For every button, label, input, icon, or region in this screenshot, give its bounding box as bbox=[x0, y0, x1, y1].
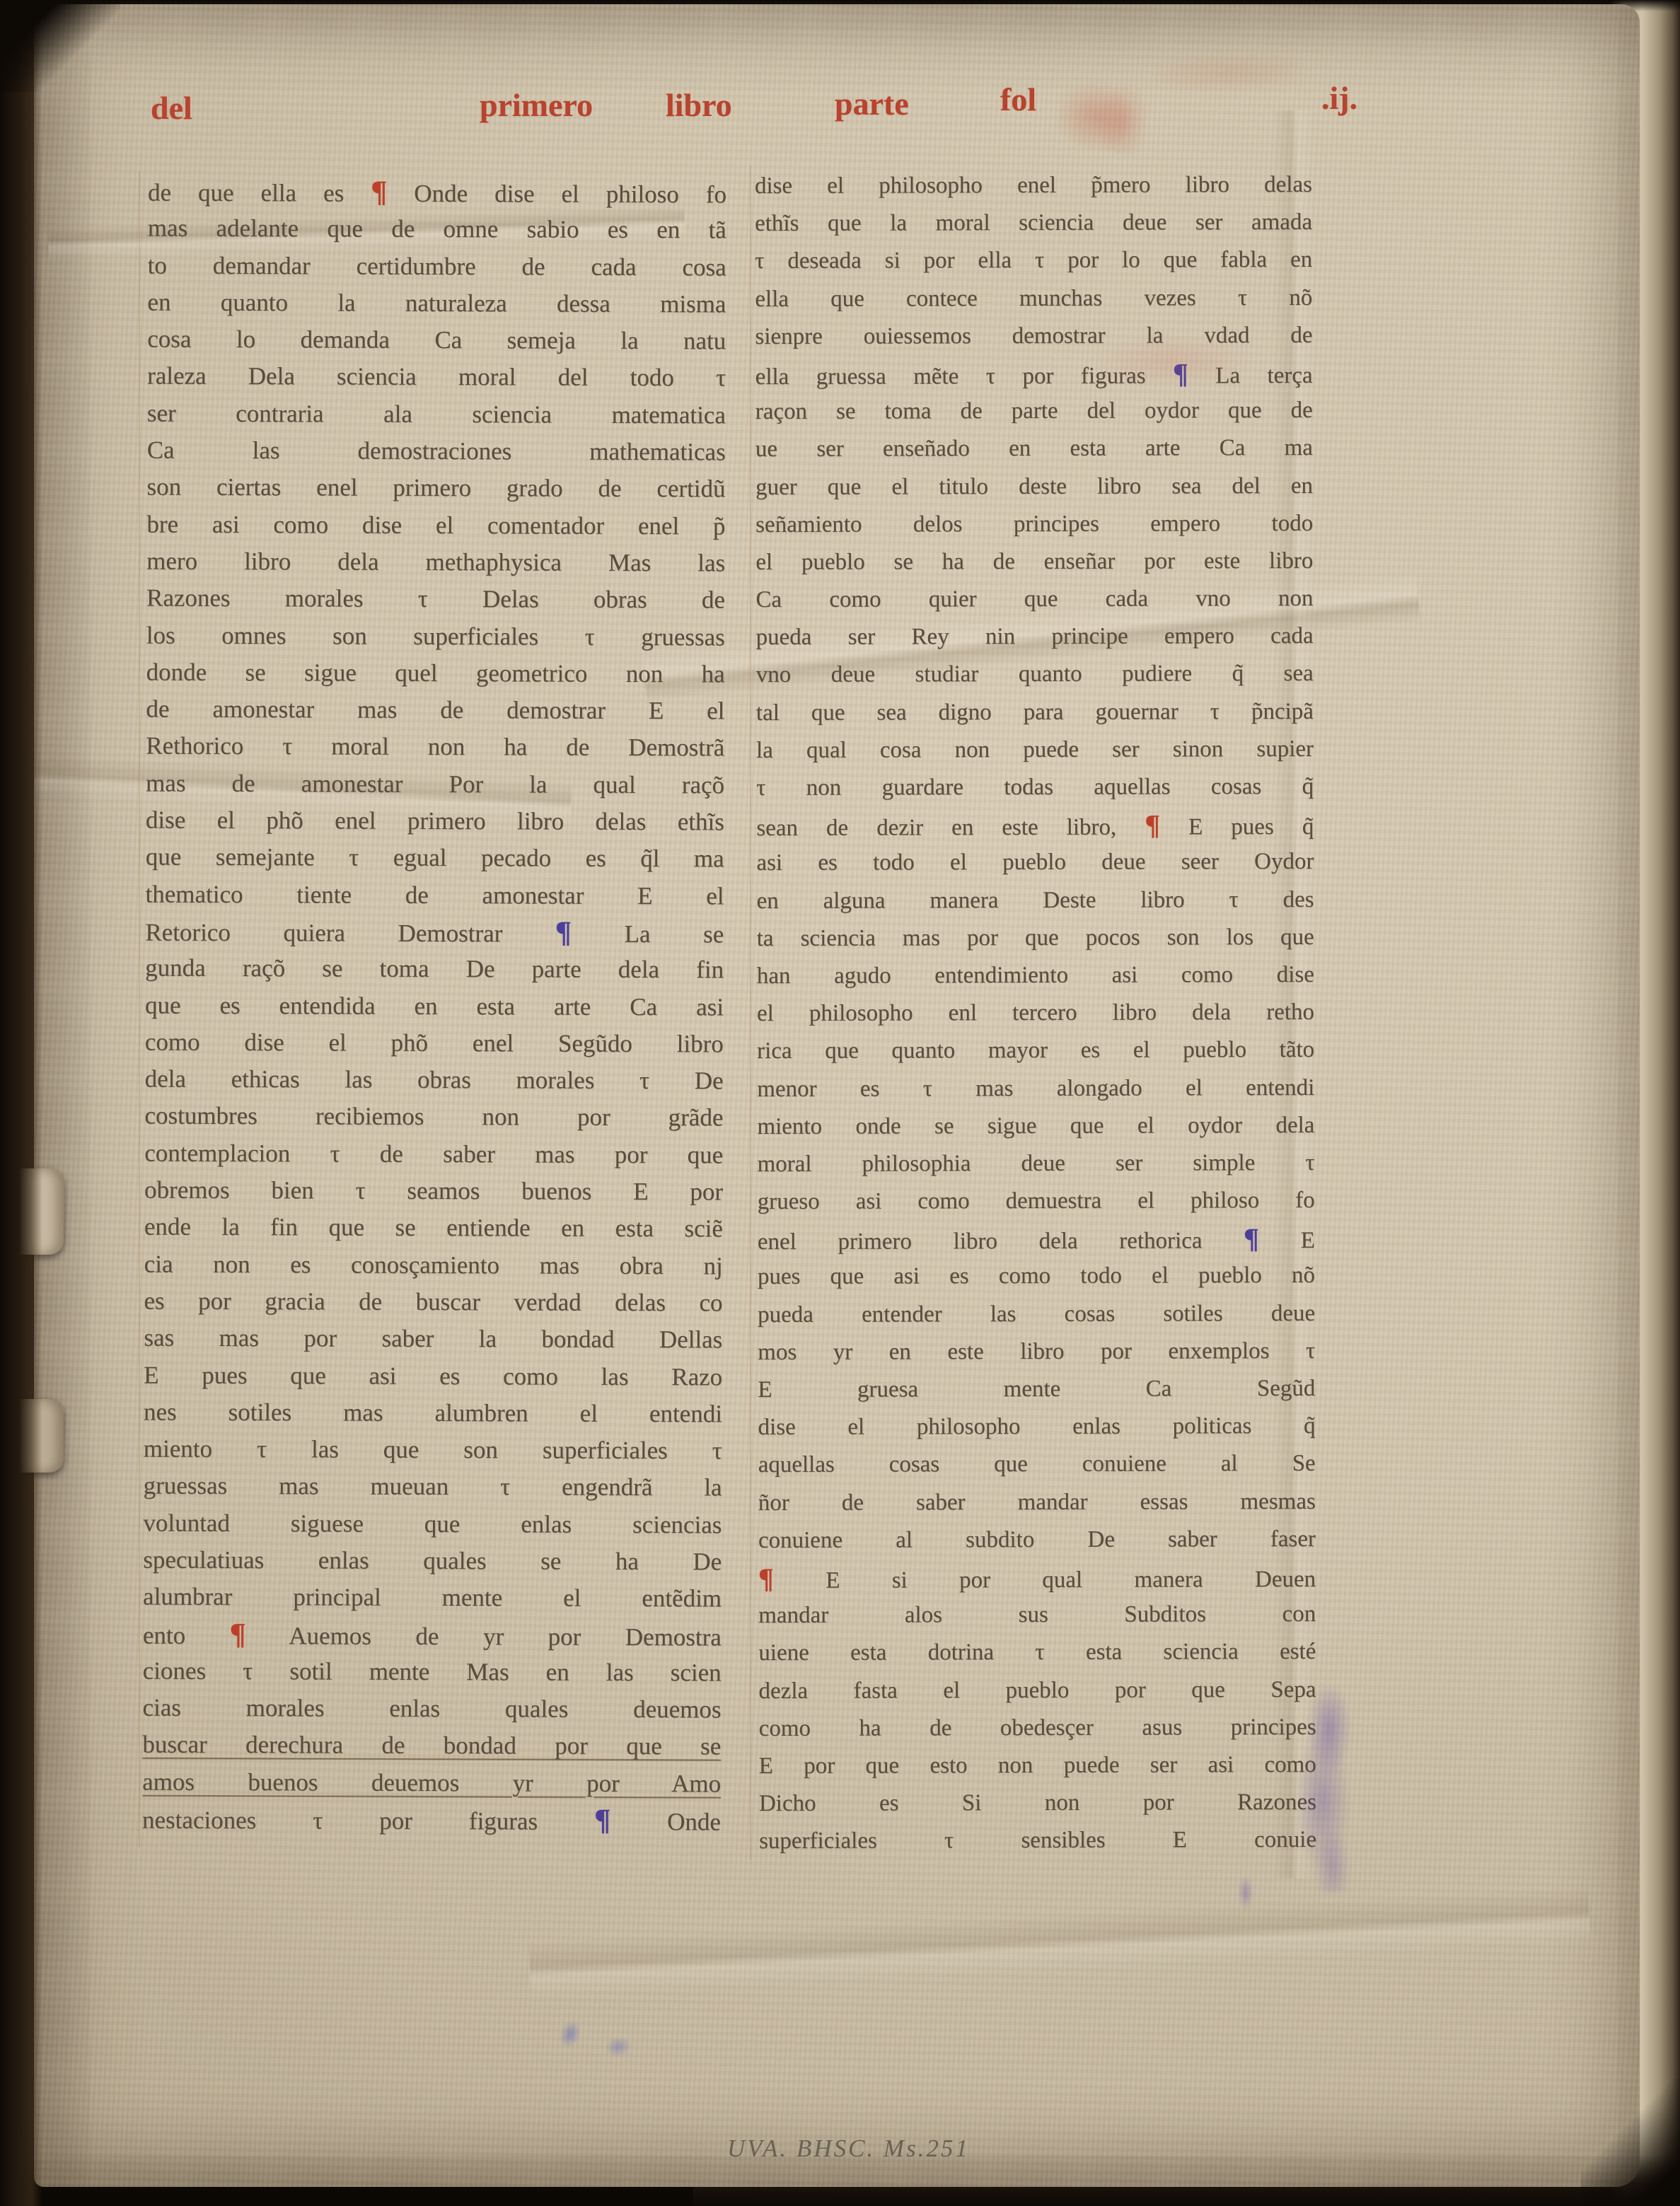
ink-stain-blue bbox=[597, 2029, 639, 2065]
folio-number: .ij. bbox=[1321, 79, 1357, 117]
text-line: guer que el titulo deste libro sea del e… bbox=[755, 467, 1313, 506]
text-line: uiene esta dotrina τ esta sciencia esté bbox=[758, 1633, 1316, 1672]
text-line: miento τ las que son superficiales τ bbox=[144, 1431, 722, 1470]
ink-stain-blue bbox=[550, 2011, 589, 2057]
pilcrow-red: ¶ bbox=[230, 1618, 246, 1651]
text-line: τ deseada si por ella τ por lo que fabla… bbox=[755, 241, 1312, 280]
text-line: cosa lo demanda Ca semeja la natu bbox=[147, 321, 726, 360]
text-line: raçon se toma de parte del oydor que de bbox=[755, 392, 1313, 431]
text-line: cias morales enlas quales deuemos bbox=[142, 1690, 721, 1729]
running-title-word: del bbox=[151, 89, 192, 127]
text-line: menor es τ mas alongado el entendi bbox=[757, 1069, 1314, 1108]
text-line: vno deue studiar quanto pudiere q̃ sea bbox=[756, 655, 1314, 694]
text-line: raleza Dela sciencia moral del todo τ bbox=[147, 358, 726, 397]
text-line: ethĩs que la moral sciencia deue ser ama… bbox=[755, 204, 1312, 243]
running-title-word: primero bbox=[480, 86, 593, 124]
text-line: cia non es conosçamiento mas obra nj bbox=[144, 1246, 723, 1284]
text-line: que es entendida en esta arte Ca asi bbox=[145, 987, 724, 1026]
text-line: tal que sea digno para gouernar τ p̃ncip… bbox=[756, 693, 1314, 732]
running-title-word: fol bbox=[1000, 81, 1036, 118]
text-line: dela ethicas las obras morales τ De bbox=[145, 1061, 724, 1100]
text-line: miento onde se sigue que el oydor dela bbox=[757, 1107, 1314, 1146]
text-line: sean de dezir en este libro, ¶ E pues q̃ bbox=[756, 806, 1314, 844]
text-line: nestaciones τ por figuras ¶ Onde bbox=[142, 1801, 721, 1840]
ink-stain-purple bbox=[1236, 1871, 1255, 1914]
text-line: ue ser enseñado en esta arte Ca ma bbox=[755, 429, 1313, 468]
text-line: voluntad siguese que enlas sciencias bbox=[143, 1504, 722, 1543]
text-line: Ca las demostraciones mathematicas bbox=[147, 432, 726, 471]
text-line: nes sotiles mas alumbren el entendi bbox=[144, 1393, 722, 1432]
pilcrow-blue: ¶ bbox=[1244, 1222, 1259, 1254]
text-line: bre asi como dise el comentador enel p̃ bbox=[146, 506, 725, 545]
text-line: es por gracia de buscar verdad delas co bbox=[144, 1282, 722, 1321]
text-line: Dicho es Si non por Razones bbox=[759, 1784, 1316, 1823]
text-line: aquellas cosas que conuiene al Se bbox=[758, 1445, 1316, 1484]
text-line: asi es todo el pueblo deue seer Oydor bbox=[756, 843, 1314, 882]
text-line: dise el philosopho enel p̃mero libro del… bbox=[755, 166, 1312, 205]
text-line: como ha de obedesçer asus principes bbox=[759, 1709, 1316, 1748]
text-line: conuiene al subdito De saber faser bbox=[758, 1521, 1316, 1560]
text-line: Ca como quier que cada vno non bbox=[755, 580, 1313, 619]
text-line: grueso asi como demuestra el philoso fo bbox=[758, 1182, 1315, 1221]
text-line: ella gruessa mẽte τ por figuras ¶ La ter… bbox=[755, 354, 1313, 393]
text-line: sienpre ouiessemos demostrar la vdad de bbox=[755, 317, 1312, 356]
text-line: costumbres recibiemos non por grãde bbox=[144, 1098, 723, 1137]
text-line: ende la fin que se entiende en esta sciẽ bbox=[144, 1209, 723, 1248]
text-line: Retorico quiera Demostrar ¶ La se bbox=[145, 913, 724, 952]
text-line: Razones morales τ Delas obras de bbox=[146, 580, 725, 619]
text-line: en alguna manera Deste libro τ des bbox=[757, 881, 1314, 920]
text-line: amos buenos deuemos yr por Amo bbox=[142, 1763, 721, 1802]
text-line: ta sciencia mas por que pocos son los qu… bbox=[757, 919, 1314, 958]
text-line: buscar derechura de bondad por que se bbox=[142, 1726, 721, 1765]
text-line: moral philosophia deue ser simple τ bbox=[757, 1144, 1314, 1183]
text-line: ento ¶ Auemos de yr por Demostra bbox=[143, 1615, 722, 1654]
text-line: pueda ser Rey nin principe empero cada bbox=[756, 617, 1314, 656]
text-line: mos yr en este libro por enxemplos τ bbox=[758, 1333, 1315, 1371]
text-line: superficiales τ sensibles E conuie bbox=[759, 1821, 1316, 1860]
text-line: mero libro dela methaphysica Mas las bbox=[146, 543, 725, 582]
text-line: mas adelante que de omne sabio es en tã bbox=[148, 210, 726, 249]
text-line: E gruesa mente Ca Segũd bbox=[758, 1370, 1315, 1409]
text-line: Rethorico τ moral non ha de Demostrã bbox=[146, 728, 724, 767]
text-line: to demandar certidumbre de cada cosa bbox=[148, 247, 726, 286]
text-line: enel primero libro dela rethorica ¶ E bbox=[758, 1219, 1315, 1258]
running-title-word: libro bbox=[666, 86, 732, 124]
parchment-crease bbox=[528, 1886, 1591, 1998]
text-line: τ non guardare todas aquellas cosas q̃ bbox=[756, 768, 1314, 807]
text-line: E pues que asi es como las Razo bbox=[144, 1357, 722, 1395]
text-line: ñor de saber mandar essas mesmas bbox=[758, 1483, 1316, 1522]
text-line: son ciertas enel primero grado de certid… bbox=[146, 469, 725, 508]
pilcrow-blue: ¶ bbox=[594, 1804, 610, 1837]
faded-ink-mark bbox=[1055, 79, 1153, 156]
binding-edge-left bbox=[0, 0, 42, 2206]
text-line: dezla fasta el pueblo por que Sepa bbox=[758, 1671, 1316, 1709]
text-line: pues que asi es como todo el pueblo nõ bbox=[758, 1257, 1315, 1296]
manuscript-photo: del primero libro parte fol .ij. de que … bbox=[0, 0, 1680, 2206]
text-line: que semejante τ egual pecado es q̃l ma bbox=[146, 839, 724, 878]
ruling-line-right bbox=[750, 166, 751, 1859]
text-line: el pueblo se ha de enseñar por este libr… bbox=[755, 542, 1313, 581]
pilcrow-red: ¶ bbox=[1145, 809, 1160, 841]
running-title-word: parte bbox=[835, 85, 909, 122]
pilcrow-blue: ¶ bbox=[555, 916, 572, 949]
pilcrow-red: ¶ bbox=[371, 175, 387, 209]
text-line: mandar alos sus Subditos con bbox=[758, 1596, 1316, 1635]
text-line: ¶ E si por qual manera Deuen bbox=[758, 1558, 1316, 1597]
photo-corner-top-left bbox=[0, 0, 120, 92]
text-line: pueda entender las cosas sotiles deue bbox=[758, 1295, 1315, 1334]
text-line: como dise el phõ enel Segũdo libro bbox=[145, 1023, 724, 1062]
text-line: la qual cosa non puede ser sinon supier bbox=[756, 731, 1314, 770]
text-line: de que ella es ¶ Onde dise el philoso fo bbox=[148, 173, 726, 212]
text-line: thematico tiente de amonestar E el bbox=[145, 876, 724, 915]
text-line: el philosopho enl tercero libro dela ret… bbox=[757, 994, 1314, 1033]
pilcrow-blue: ¶ bbox=[1173, 357, 1188, 389]
shelfmark: UVA. BHSC. Ms.251 bbox=[727, 2135, 970, 2163]
text-line: obremos bien τ seamos buenos E por bbox=[144, 1172, 723, 1211]
text-line: de amonestar mas de demostrar E el bbox=[146, 691, 724, 730]
ruling-line-left bbox=[139, 171, 140, 1847]
text-line: en quanto la naturaleza dessa misma bbox=[147, 284, 726, 323]
text-line: dise el phõ enel primero libro delas eth… bbox=[146, 802, 724, 841]
text-line: speculatiuas enlas quales se ha De bbox=[143, 1542, 722, 1581]
text-line: dise el philosopho enlas politicas q̃ bbox=[758, 1407, 1315, 1446]
text-line: gruessas mas mueuan τ engendrã la bbox=[144, 1468, 722, 1507]
pilcrow-red: ¶ bbox=[758, 1562, 774, 1594]
text-line: ciones τ sotil mente Mas en las scien bbox=[143, 1652, 722, 1691]
text-line: rica que quanto mayor es el pueblo tãto bbox=[757, 1031, 1314, 1070]
text-line: donde se sigue quel geometrico non ha bbox=[146, 654, 725, 692]
text-line: contemplacion τ de saber mas por que bbox=[144, 1134, 723, 1173]
photo-corner-bottom-right bbox=[1581, 2079, 1680, 2206]
text-line: ser contraria ala sciencia matematica bbox=[147, 395, 726, 434]
text-line: gunda raçõ se toma De parte dela fin bbox=[145, 950, 724, 989]
text-line: los omnes son superficiales τ gruessas bbox=[146, 617, 725, 656]
text-line: señamiento delos principes empero todo bbox=[755, 505, 1313, 544]
text-line: mas de amonestar Por la qual raçõ bbox=[146, 765, 724, 803]
text-line: sas mas por saber la bondad Dellas bbox=[144, 1320, 722, 1359]
text-line: alumbrar principal mente el entẽdim bbox=[143, 1579, 722, 1618]
text-line: ella que contece munchas vezes τ nõ bbox=[755, 279, 1312, 318]
parchment-page: del primero libro parte fol .ij. de que … bbox=[34, 4, 1640, 2187]
text-column-right: dise el philosopho enel p̃mero libro del… bbox=[755, 166, 1316, 1860]
text-line: E por que esto non puede ser asi como bbox=[759, 1746, 1316, 1785]
faded-ink-mark bbox=[1158, 52, 1301, 95]
text-line: han agudo entendimiento asi como dise bbox=[757, 956, 1314, 995]
text-column-left: de que ella es ¶ Onde dise el philoso fo… bbox=[142, 173, 726, 1840]
